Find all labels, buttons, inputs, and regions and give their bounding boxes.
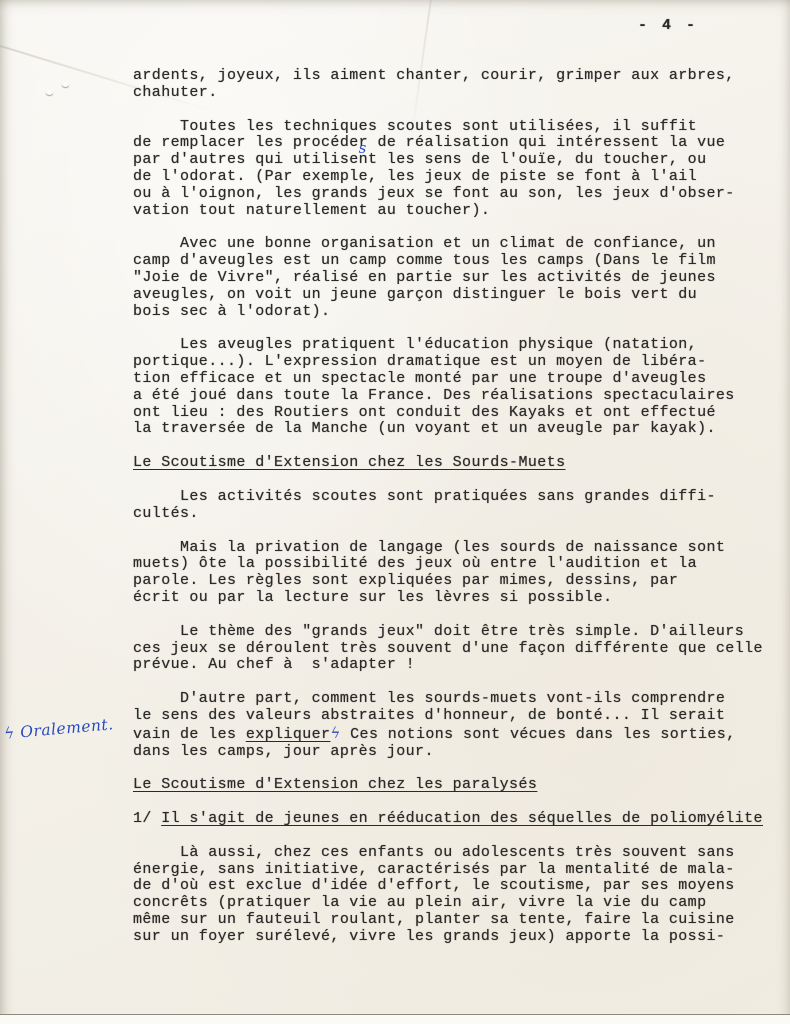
typed-segment: de réalisation qui intéressent la vue <box>368 134 725 151</box>
typed-line: aveugles, on voit un jeune garçon distin… <box>133 287 783 304</box>
document-body: ardents, joyeux, ils aiment chanter, cou… <box>133 68 783 963</box>
typed-line: concrêts (pratiquer la vie au plein air,… <box>133 895 783 912</box>
item-number: 1/ <box>133 810 161 827</box>
typed-line: par d'autres qui utilisent les sens de l… <box>133 152 783 169</box>
typed-line: écrit ou par la lecture sur les lèvres s… <box>133 590 783 607</box>
paragraph-la-aussi: Là aussi, chez ces enfants ou adolescent… <box>133 845 783 946</box>
typed-lines: par d'autres qui utilisent les sens de l… <box>133 152 783 219</box>
typed-line: ces jeux se déroulent très souvent d'une… <box>133 641 783 658</box>
paragraph-education-physique: Les aveugles pratiquent l'éducation phys… <box>133 337 783 438</box>
underlined-item-text: Il s'agit de jeunes en rééducation des s… <box>161 810 763 827</box>
numbered-item-poliomyelite: 1/ Il s'agit de jeunes en rééducation de… <box>133 811 783 828</box>
paragraph-camp: Avec une bonne organisation et un climat… <box>133 236 783 320</box>
typed-lines: D'autre part, comment les sourds-muets v… <box>133 691 783 725</box>
paragraph-activites: Les activités scoutes sont pratiquées sa… <box>133 489 783 523</box>
underlined-word: expliquer <box>246 726 331 743</box>
staple-hole <box>46 90 53 95</box>
typed-line: cultés. <box>133 506 783 523</box>
paragraph-theme-grands-jeux: Le thème des "grands jeux" doit être trè… <box>133 624 783 674</box>
handwritten-margin-note: ϟ Oralement. <box>3 715 114 742</box>
paragraph-techniques: Toutes les techniques scoutes sont utili… <box>133 119 783 220</box>
typed-line: bois sec à l'odorat). <box>133 304 783 321</box>
typed-line-with-insertion: vain de les expliquerϟ Ces notions sont … <box>133 725 783 744</box>
typed-line: la traversée de la Manche (un voyant et … <box>133 421 783 438</box>
typed-line: sur un foyer surélevé, vivre les grands … <box>133 929 783 946</box>
typed-line: Toutes les techniques scoutes sont utili… <box>133 119 783 136</box>
typed-line: dans les camps, jour après jour. <box>133 744 783 761</box>
margin-note-text: Oralement. <box>20 715 115 741</box>
corrected-letter: rs <box>359 135 368 152</box>
typed-line: D'autre part, comment les sourds-muets v… <box>133 691 783 708</box>
typed-line: parole. Les règles sont expliquées par m… <box>133 573 783 590</box>
typed-line: Là aussi, chez ces enfants ou adolescent… <box>133 845 783 862</box>
typed-line: Les aveugles pratiquent l'éducation phys… <box>133 337 783 354</box>
scanned-typewritten-page: - 4 - ϟ Oralement. ardents, joyeux, ils … <box>0 0 790 1024</box>
typed-line: Avec une bonne organisation et un climat… <box>133 236 783 253</box>
typed-line: de l'odorat. (Par exemple, les jeux de p… <box>133 169 783 186</box>
typed-line: ardents, joyeux, ils aiment chanter, cou… <box>133 68 783 85</box>
typed-line-with-correction: de remplacer les procéders de réalisatio… <box>133 135 783 152</box>
typed-line: vation tout naturellement au toucher). <box>133 203 783 220</box>
typed-line: portique...). L'expression dramatique es… <box>133 354 783 371</box>
insertion-mark: ϟ <box>3 724 15 743</box>
typed-line: camp d'aveugles est un camp comme tous l… <box>133 253 783 270</box>
typed-line: chahuter. <box>133 85 783 102</box>
insertion-mark: ϟ <box>330 724 340 742</box>
typed-line: a été joué dans toute la France. Des réa… <box>133 388 783 405</box>
typed-line: Le thème des "grands jeux" doit être trè… <box>133 624 783 641</box>
typed-line: le sens des valeurs abstraites d'honneur… <box>133 708 783 725</box>
typed-line: Les activités scoutes sont pratiquées sa… <box>133 489 783 506</box>
typed-line: de d'où est exclue d'idée d'effort, le s… <box>133 878 783 895</box>
handwritten-correction-letter: s <box>359 141 367 156</box>
typed-line: Mais la privation de langage (les sourds… <box>133 540 783 557</box>
typed-line: prévue. Au chef à s'adapter ! <box>133 657 783 674</box>
typed-line: tion efficace et un spectacle monté par … <box>133 371 783 388</box>
scan-bottom-edge <box>0 1014 790 1024</box>
paragraph-valeurs-abstraites: D'autre part, comment les sourds-muets v… <box>133 691 783 760</box>
typed-line: même sur un fauteuil roulant, planter sa… <box>133 912 783 929</box>
typed-line: muets) ôte la possibilité des jeux où en… <box>133 556 783 573</box>
typed-line: ou à l'oignon, les grands jeux se font a… <box>133 186 783 203</box>
typed-segment: vain de les <box>133 726 246 743</box>
typed-segment: Ces notions sont vécues dans les sorties… <box>341 726 736 743</box>
typed-segment: de remplacer les procéde <box>133 134 359 151</box>
heading-sourds-muets: Le Scoutisme d'Extension chez les Sourds… <box>133 455 783 472</box>
heading-paralyses: Le Scoutisme d'Extension chez les paraly… <box>133 777 783 794</box>
paragraph-intro: ardents, joyeux, ils aiment chanter, cou… <box>133 68 783 102</box>
staple-hole <box>62 82 69 87</box>
typed-line: "Joie de Vivre", réalisé en partie sur l… <box>133 270 783 287</box>
paragraph-privation-langage: Mais la privation de langage (les sourds… <box>133 540 783 607</box>
page-number: - 4 - <box>638 18 698 35</box>
typed-line: énergie, sans initiative, caractérisés p… <box>133 862 783 879</box>
typed-line: ont lieu : des Routiers ont conduit des … <box>133 405 783 422</box>
